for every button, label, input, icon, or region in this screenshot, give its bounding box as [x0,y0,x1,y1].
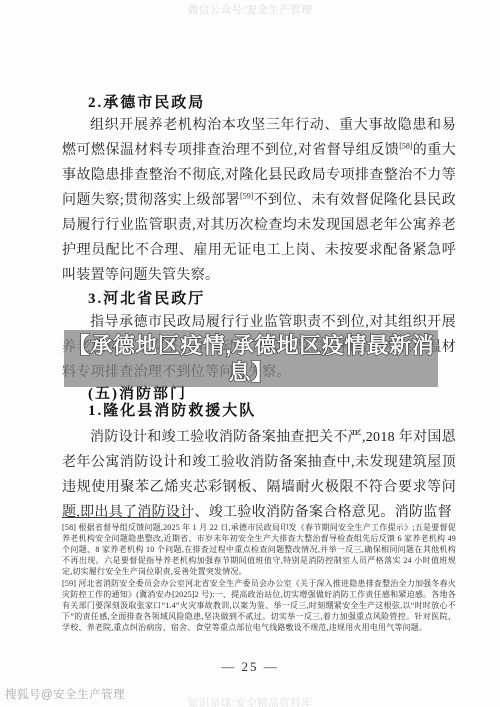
caption-line-2: 息】 [228,359,273,386]
heading-hebei-civil-dept: 3.河北省民政厅 [62,290,456,309]
caption-line-1: 【承德地区疫情,承德地区疫情最新消 [68,332,435,359]
heading-fire-brigade: 1.隆化县消防救援大队 [62,403,456,419]
para-fire-brigade: 消防设计和竣工验收消防备案抽查把关不严,2018 年对国恩老年公寓消防设计和竣工… [62,425,456,525]
document-page: 微信公众号:安全生产管理 2.承德市民政局 组织开展养老机构治本攻坚三年行动、重… [0,0,500,707]
footnote-58: [58] 根据省督导组反馈问题,2025 年 1 月 22 日,承德市民政局印发… [62,522,456,577]
caption-overlay: 【承德地区疫情,承德地区疫情最新消 息】 [64,330,438,387]
para-civil-bureau: 组织开展养老机构治本攻坚三年行动、重大事故隐患和易燃可燃保温材料专项排查治理不到… [62,113,456,288]
footnotes-block: [58] 根据省督导组反馈问题,2025 年 1 月 22 日,承德市民政局印发… [62,517,456,633]
heading-fire-section: (五)消防部门 [62,386,456,402]
footnote-separator [62,517,190,518]
page-number: — 25 — [0,659,500,675]
document-content: 2.承德市民政局 组织开展养老机构治本攻坚三年行动、重大事故隐患和易燃可燃保温材… [62,0,456,525]
heading-chengde-civil-bureau: 2.承德市民政局 [62,94,456,113]
footnote-59: [59] 河北省消防安全委员会办公室河北省安全生产委员会办公室《关于深入推进隐患… [62,578,456,633]
watermark-bottom-center: 知识星球:安全精品资料库 [0,695,500,707]
